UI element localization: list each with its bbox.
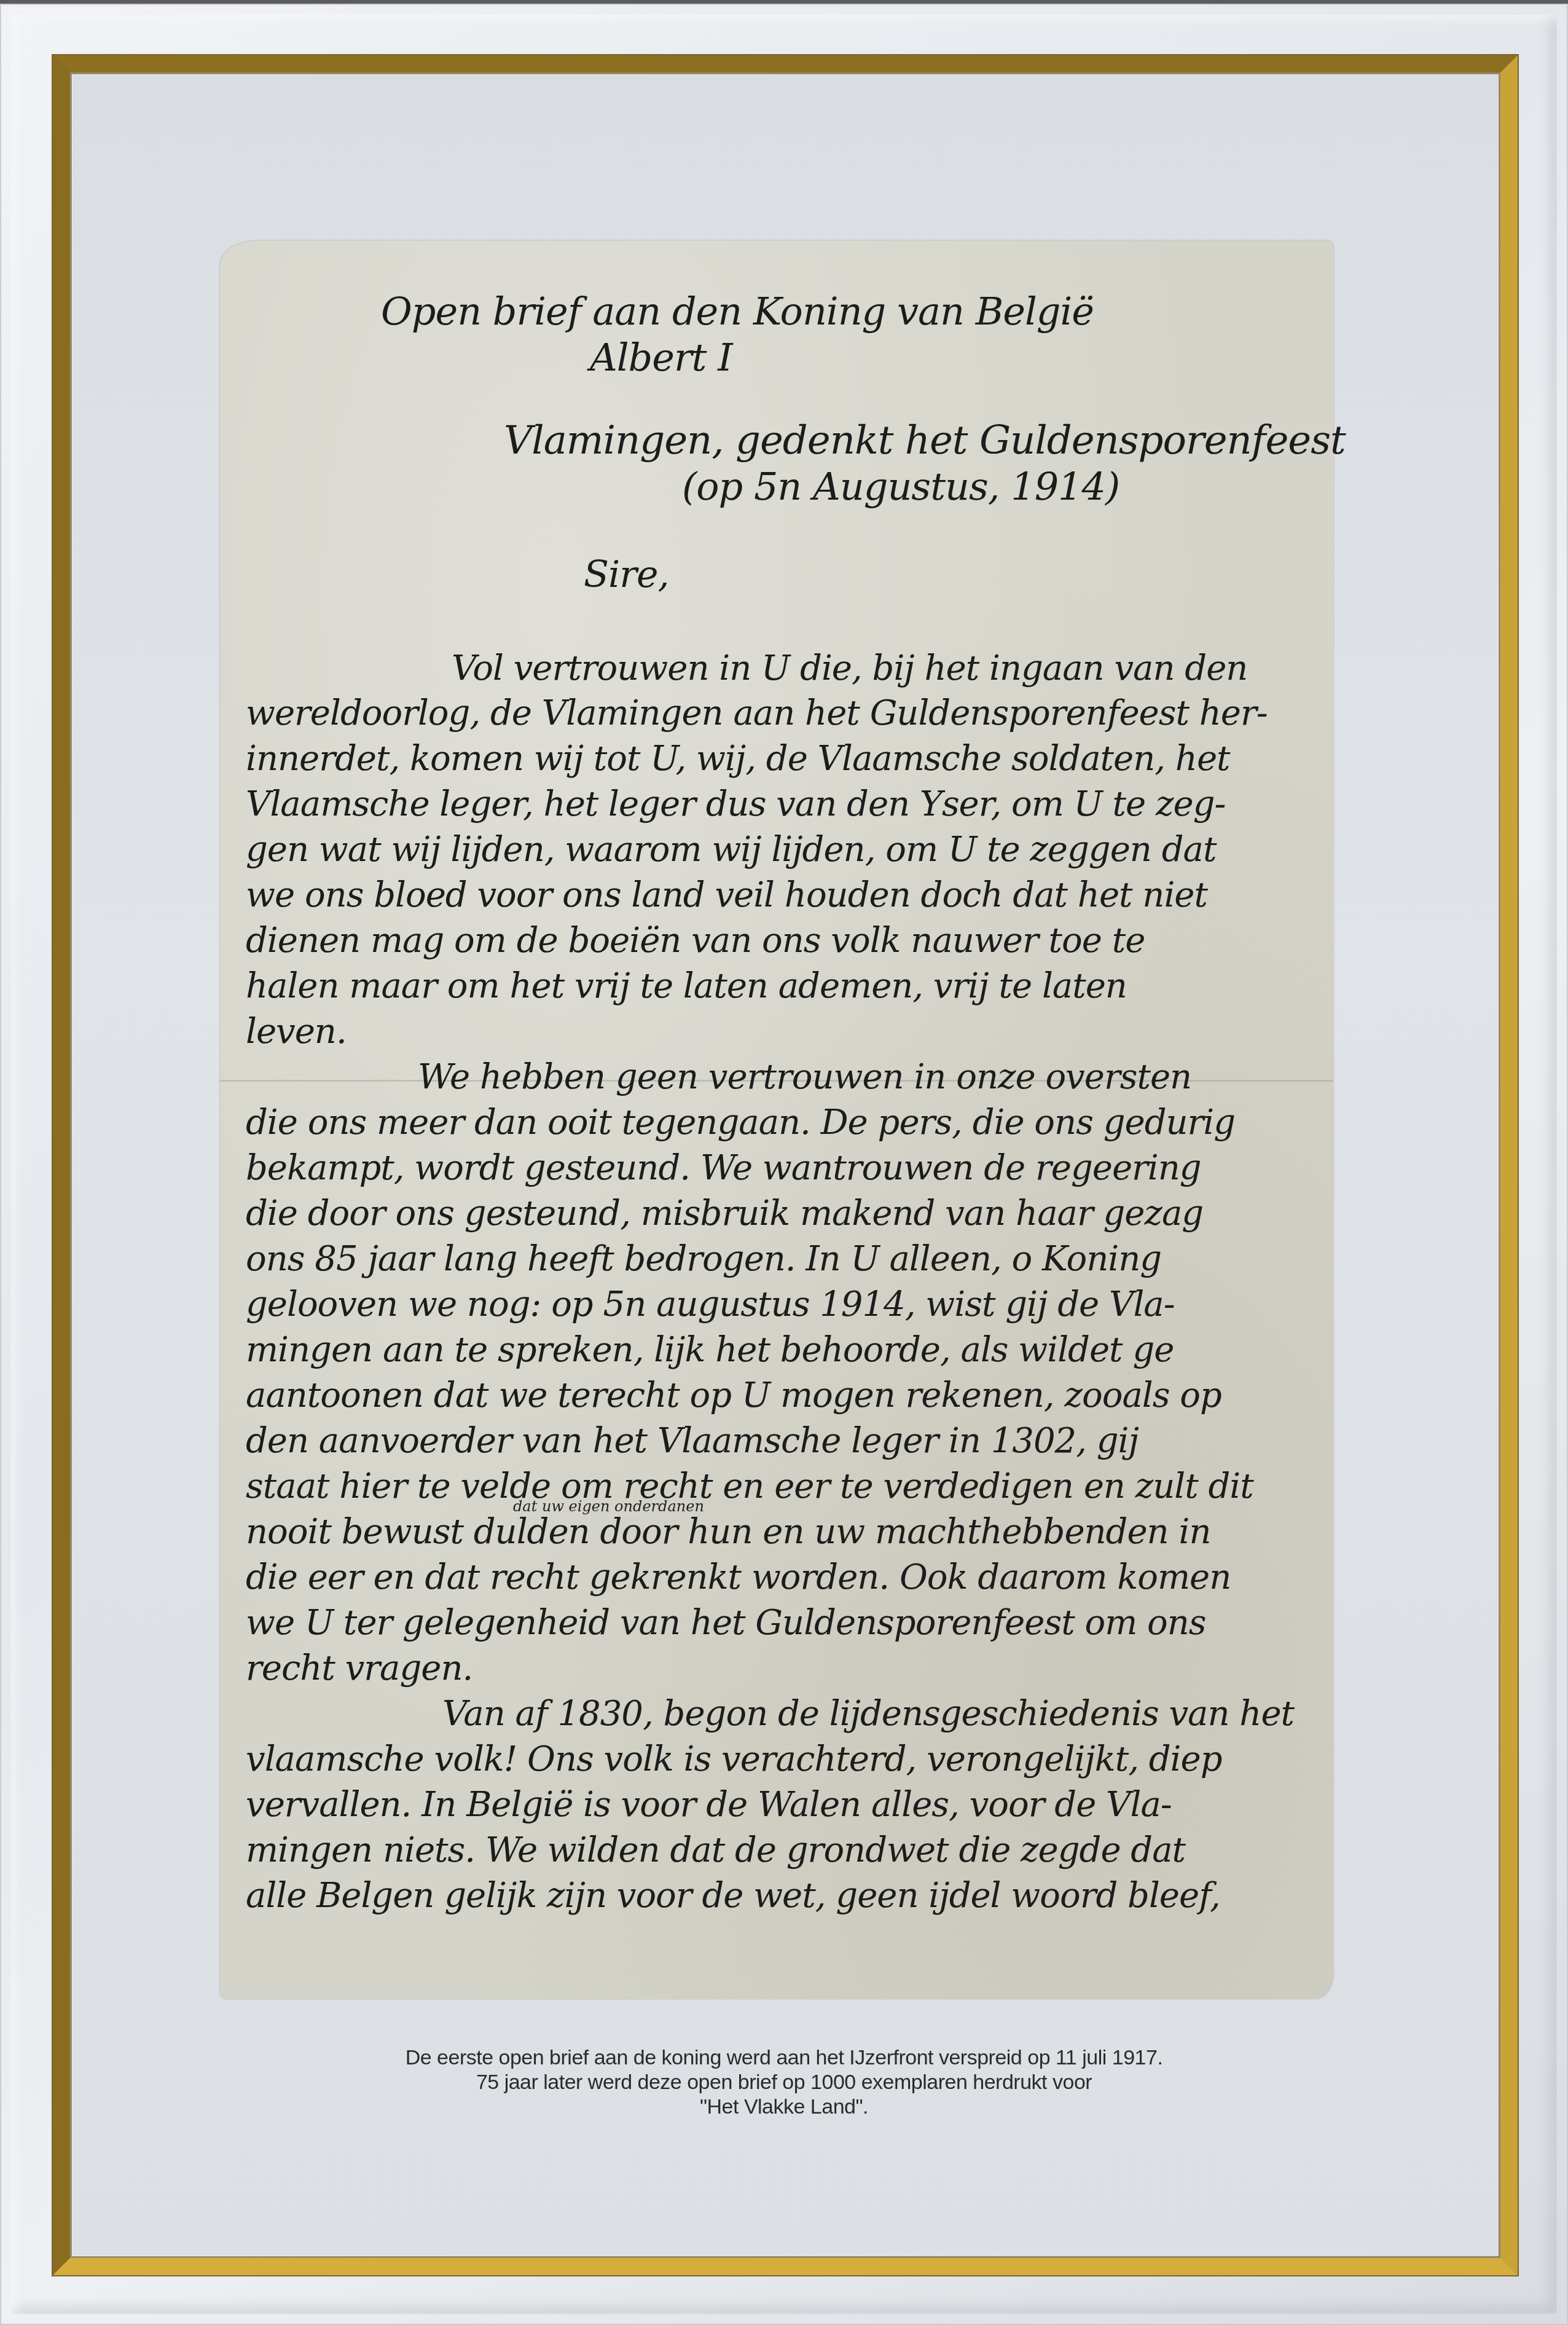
letter-line: vlaamsche volk! Ons volk is verachterd, …: [246, 1739, 1222, 1779]
letter-line: mingen aan te spreken, lijk het behoorde…: [246, 1330, 1174, 1370]
letter-line: staat hier te velde om recht en eer te v…: [246, 1466, 1253, 1506]
letter-line: alle Belgen gelijk zijn voor de wet, gee…: [246, 1876, 1220, 1916]
letter-line: die eer en dat recht gekrenkt worden. Oo…: [246, 1557, 1231, 1597]
letter-salutation: Sire,: [584, 553, 669, 596]
letter-line: bekampt, wordt gesteund. We wantrouwen d…: [246, 1148, 1201, 1188]
letter-line: Vol vertrouwen in U die, bij het ingaan …: [452, 648, 1247, 688]
letter-line: gelooven we nog: op 5n augustus 1914, wi…: [246, 1284, 1175, 1324]
letter-subtitle: Vlamingen, gedenkt het Guldensporenfeest: [504, 418, 1346, 463]
caption-line: "Het Vlakke Land".: [0, 2095, 1568, 2119]
letter-line: ons 85 jaar lang heeft bedrogen. In U al…: [246, 1239, 1161, 1279]
letter-line: Vlaamsche leger, het leger dus van den Y…: [246, 784, 1225, 824]
letter-addressee: Albert I: [590, 335, 732, 380]
letter-line: leven.: [246, 1012, 347, 1052]
letter-title: Open brief aan den Koning van België: [381, 289, 1094, 334]
caption-line: De eerste open brief aan de koning werd …: [0, 2045, 1568, 2070]
letter-line: nooit bewust dulden door hun en uw macht…: [246, 1512, 1210, 1552]
letter-line: innerdet, komen wij tot U, wij, de Vlaam…: [246, 739, 1230, 779]
letter-line: die ons meer dan ooit tegengaan. De pers…: [246, 1103, 1235, 1143]
letter-line: we ons bloed voor ons land veil houden d…: [246, 875, 1207, 915]
letter-date: (op 5n Augustus, 1914): [682, 464, 1119, 509]
letter-line: aantoonen dat we terecht op U mogen reke…: [246, 1375, 1221, 1415]
letter-line: vervallen. In België is voor de Walen al…: [246, 1785, 1172, 1825]
letter-line: halen maar om het vrij te laten ademen, …: [246, 966, 1127, 1006]
letter-line: mingen niets. We wilden dat de grondwet …: [246, 1830, 1185, 1870]
caption-line: 75 jaar later werd deze open brief op 10…: [0, 2070, 1568, 2095]
letter-line: Van af 1830, begon de lijdensgeschiedeni…: [442, 1694, 1294, 1734]
letter-line: gen wat wij lijden, waarom wij lijden, o…: [246, 830, 1216, 870]
letter-line: recht vragen.: [246, 1648, 472, 1688]
letter-line: den aanvoerder van het Vlaamsche leger i…: [246, 1421, 1139, 1461]
letter-line: we U ter gelegenheid van het Guldenspore…: [246, 1603, 1206, 1643]
letter-line: dienen mag om de boeiën van ons volk nau…: [246, 921, 1145, 961]
letter-line: wereldoorlog, de Vlamingen aan het Gulde…: [246, 693, 1268, 733]
letter-line: We hebben geen vertrouwen in onze overst…: [418, 1057, 1191, 1097]
caption: De eerste open brief aan de koning werd …: [0, 2045, 1568, 2119]
letter-line: die door ons gesteund, misbruik makend v…: [246, 1194, 1203, 1233]
